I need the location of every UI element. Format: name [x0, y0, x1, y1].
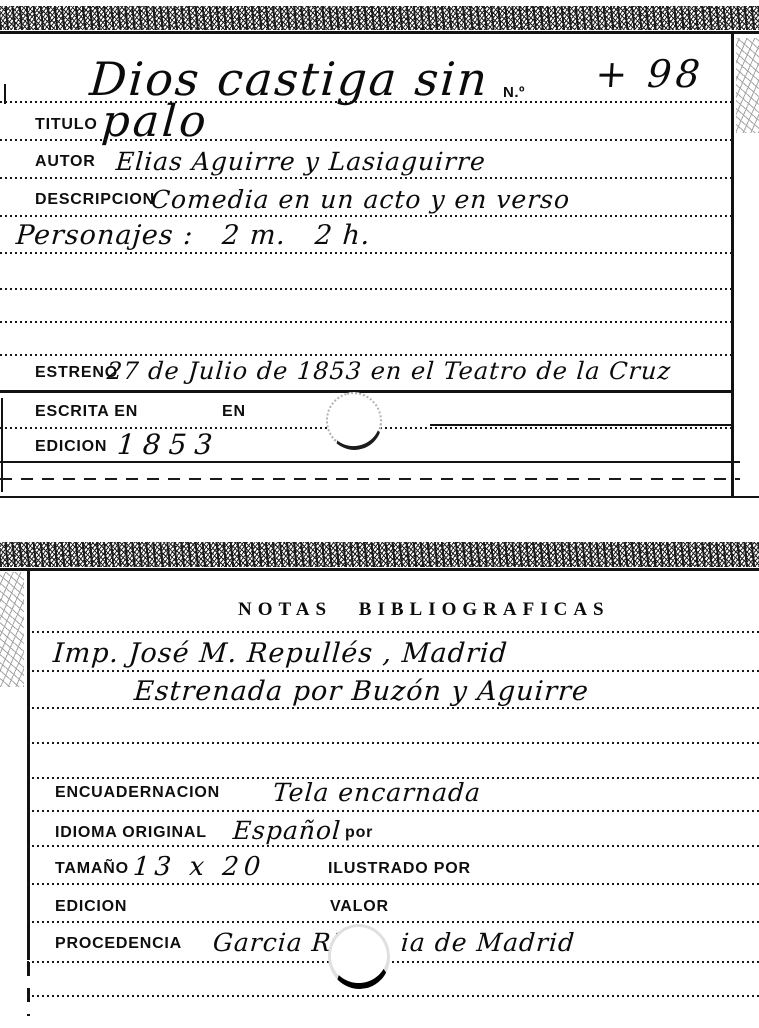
procedencia-label: PROCEDENCIA — [55, 935, 182, 953]
personajes-value: Personajes : 2 m. 2 h. — [15, 220, 372, 251]
scan-noise-right — [736, 38, 759, 133]
scan-strip-divider — [0, 496, 759, 498]
scan-noise-left — [0, 572, 24, 687]
ruled-line — [27, 995, 759, 997]
scan-edge-band-top — [0, 542, 759, 567]
scan-edge-band-top — [0, 6, 759, 30]
descripcion-value: Comedia en un acto y en verso — [150, 185, 571, 214]
card-top-border — [0, 568, 759, 571]
catalog-card-back: NOTAS BIBLIOGRAFICAS Imp. José M. Repull… — [0, 500, 759, 1028]
number-value: + 98 — [594, 52, 705, 96]
ruled-line — [27, 631, 759, 633]
note-estrenada: Estrenada por Buzón y Aguirre — [133, 676, 590, 707]
encuadernacion-label: ENCUADERNACION — [55, 784, 220, 802]
ruled-line — [27, 707, 759, 709]
ruled-line — [0, 461, 740, 463]
ruled-line — [0, 139, 733, 141]
ruled-line — [27, 742, 759, 744]
catalog-card-front: Dios castiga sin N.º + 98 TITULO palo AU… — [0, 0, 759, 500]
card-left-border — [27, 570, 30, 960]
ruled-line — [27, 883, 759, 885]
idioma-original-value: Español — [232, 816, 342, 845]
number-label: N.º — [503, 84, 525, 101]
ruled-line — [0, 321, 733, 323]
descripcion-label: DESCRIPCION — [35, 191, 155, 209]
notas-bibliograficas-header: NOTAS BIBLIOGRAFICAS — [238, 599, 610, 621]
valor-label: VALOR — [330, 898, 389, 916]
ruled-line — [0, 252, 733, 254]
ruled-line — [27, 845, 759, 847]
por-label: por — [345, 824, 373, 842]
scanned-catalog-cards: Dios castiga sin N.º + 98 TITULO palo AU… — [0, 0, 759, 1028]
autor-value: Elias Aguirre y Lasiaguirre — [115, 147, 487, 176]
escrita-en-label: ESCRITA EN — [35, 403, 138, 421]
ilustrado-por-label: ILUSTRADO POR — [328, 860, 471, 878]
edicion-label-back: EDICION — [55, 898, 127, 916]
encuadernacion-value: Tela encarnada — [272, 778, 482, 807]
hole-punch — [320, 386, 388, 456]
ruled-line — [0, 354, 733, 356]
autor-label: AUTOR — [35, 153, 96, 171]
estreno-value: 27 de Julio de 1853 en el Teatro de la C… — [106, 357, 672, 385]
edicion-value: 1853 — [116, 428, 222, 461]
ruled-line — [0, 390, 733, 393]
ruled-line-segment — [430, 424, 733, 426]
tamano-value: 13 x 20 — [132, 852, 266, 882]
ruled-line — [0, 288, 733, 290]
ruled-line — [27, 810, 759, 812]
edicion-label: EDICION — [35, 438, 107, 456]
note-imprint: Imp. José M. Repullés , Madrid — [52, 638, 509, 669]
card-top-border — [0, 31, 759, 34]
ruled-line — [27, 921, 759, 923]
card-left-border-dashes — [27, 962, 30, 1016]
en-label: EN — [222, 403, 246, 421]
tamano-label: TAMAÑO — [55, 860, 129, 878]
ruled-line — [0, 215, 733, 217]
card-bottom-dashed-edge — [0, 478, 740, 480]
ruled-line — [27, 961, 759, 963]
ruled-line — [27, 670, 759, 672]
procedencia-value-right: ia de Madrid — [400, 928, 576, 957]
titulo-label: TITULO — [35, 116, 98, 134]
ruled-line — [0, 177, 733, 179]
idioma-original-label: IDIOMA ORIGINAL — [55, 824, 207, 842]
